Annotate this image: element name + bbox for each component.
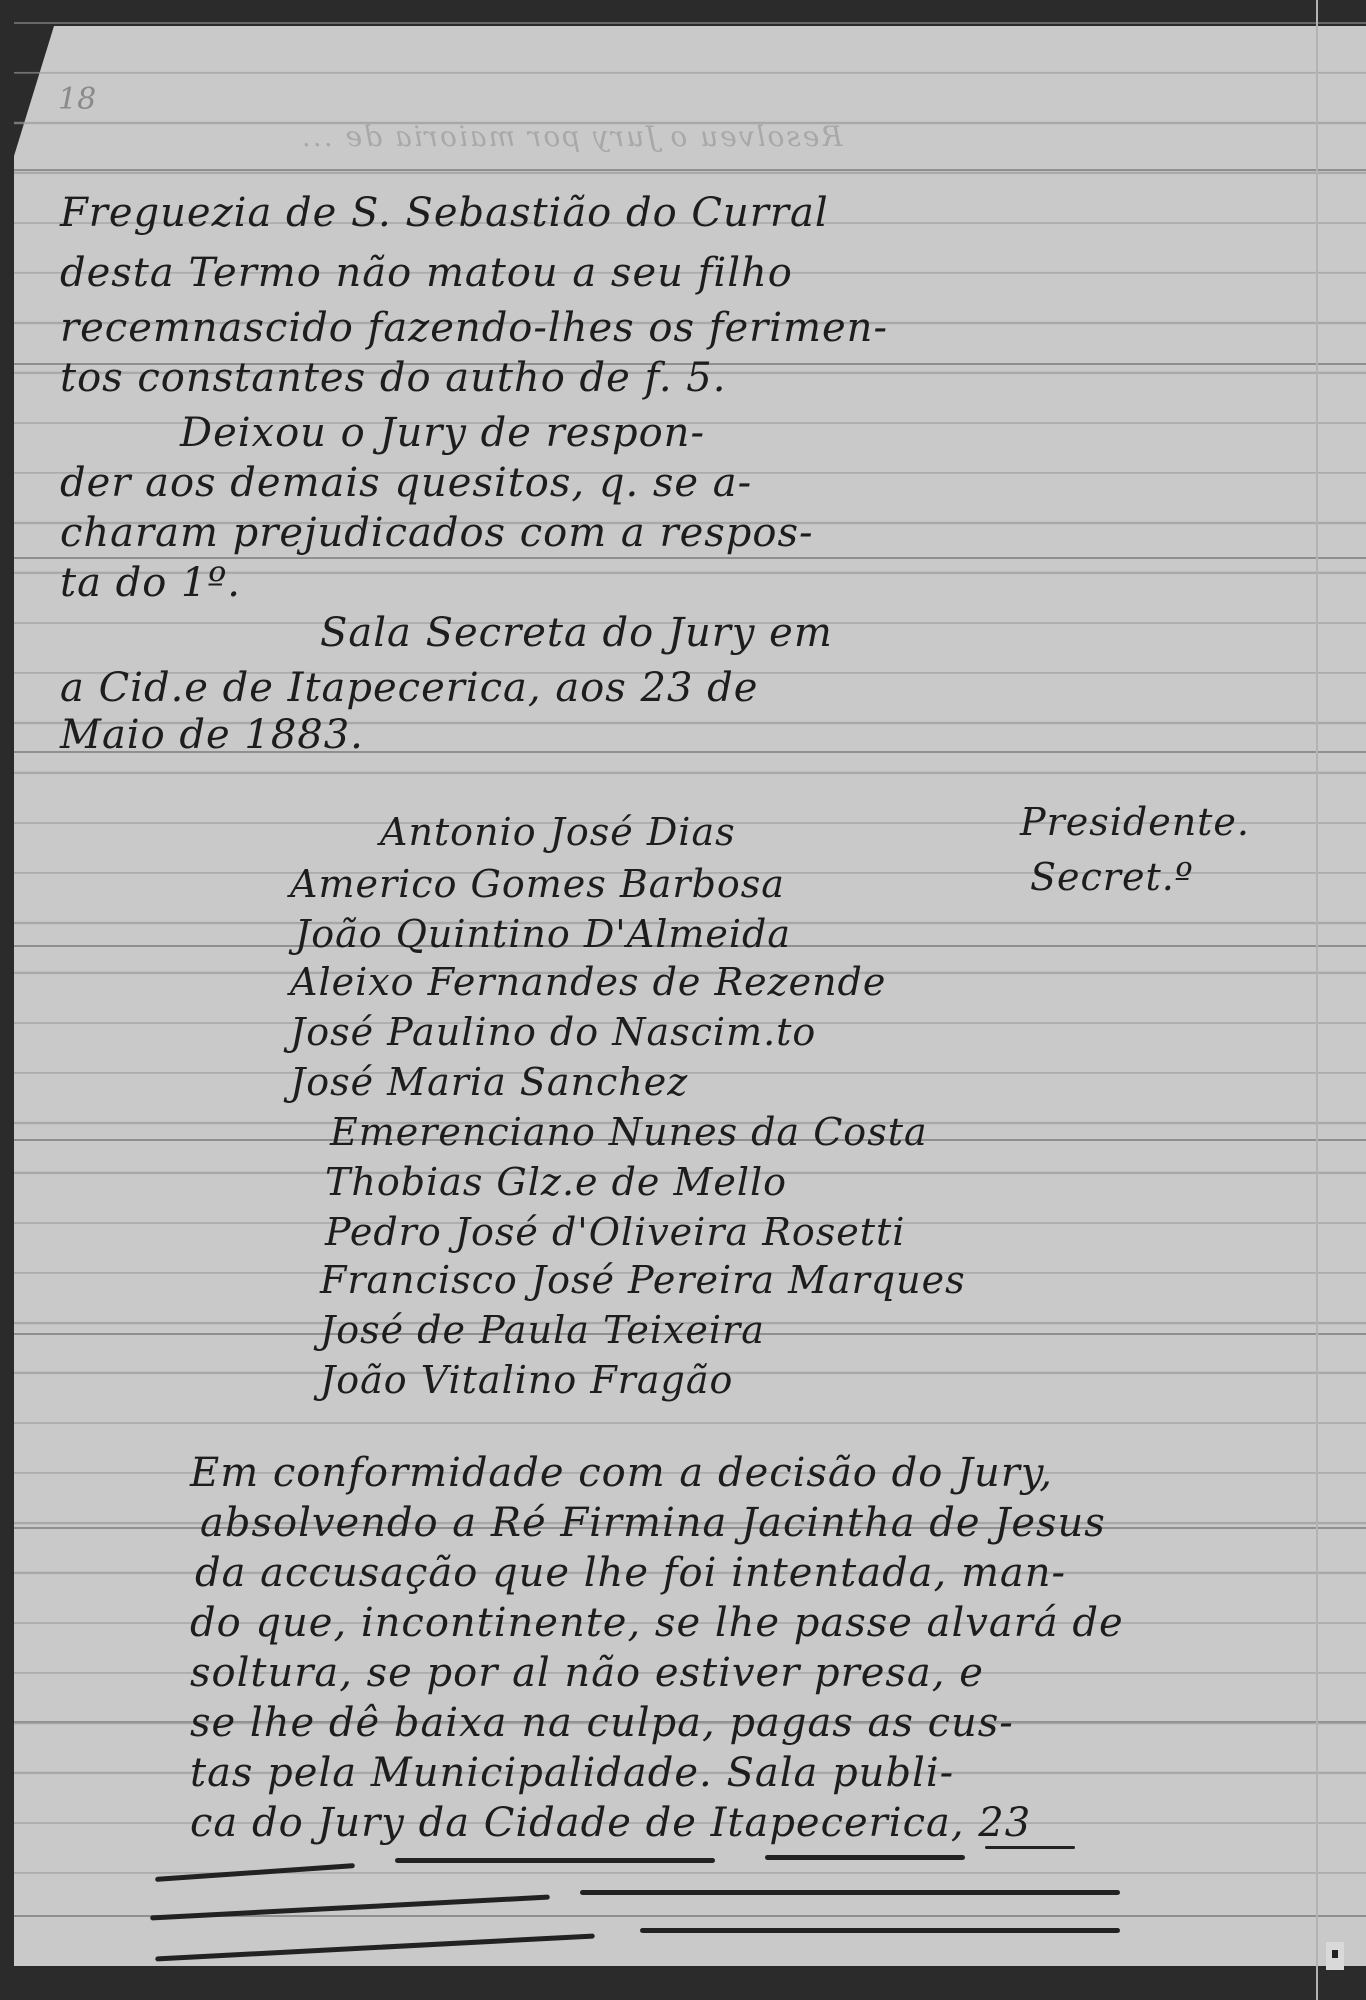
signature-name: João Quintino D'Almeida <box>295 912 791 956</box>
page-edge-line <box>1316 0 1318 2000</box>
body-line: Sala Secreta do Jury em <box>320 610 833 656</box>
scan-marker <box>1326 1942 1344 1970</box>
sentence-line: se lhe dê baixa na culpa, pagas as cus- <box>190 1700 1014 1746</box>
sentence-line: Em conformidade com a decisão do Jury, <box>190 1450 1053 1496</box>
body-line: Maio de 1883. <box>60 712 364 758</box>
signature-name: José Paulino do Nascim.to <box>290 1010 816 1054</box>
flourish-stroke <box>765 1855 965 1860</box>
signature-name: Antonio José Dias <box>380 810 736 854</box>
body-line: Deixou o Jury de respon- <box>180 410 705 456</box>
bleed-through-text: Resolveu o Jury por maioria de ... <box>300 120 842 153</box>
signature-role: Presidente. <box>1020 800 1250 844</box>
signature-name: Thobias Glz.e de Mello <box>325 1160 787 1204</box>
body-line: desta Termo não matou a seu filho <box>60 250 793 296</box>
body-line: der aos demais quesitos, q. se a- <box>60 460 752 506</box>
body-line: Freguezia de S. Sebastião do Curral <box>60 190 829 236</box>
sentence-line: ca do Jury da Cidade de Itapecerica, 23 <box>190 1800 1031 1846</box>
sentence-line: da accusação que lhe foi intentada, man- <box>195 1550 1066 1596</box>
body-line: a Cid.e de Itapecerica, aos 23 de <box>60 665 758 711</box>
signature-name: Americo Gomes Barbosa <box>290 862 785 906</box>
flourish-stroke <box>580 1890 1120 1895</box>
sentence-line: soltura, se por al não estiver presa, e <box>190 1650 984 1696</box>
signature-name: Aleixo Fernandes de Rezende <box>290 960 886 1004</box>
signature-role: Secret.º <box>1030 855 1194 899</box>
body-line: tos constantes do autho de f. 5. <box>60 355 726 401</box>
sentence-line: tas pela Municipalidade. Sala publi- <box>190 1750 954 1796</box>
signature-name: José de Paula Teixeira <box>320 1308 765 1352</box>
flourish-stroke <box>640 1928 1120 1933</box>
folio-number: 18 <box>58 82 96 117</box>
signature-name: José Maria Sanchez <box>290 1060 688 1104</box>
body-line: charam prejudicados com a respos- <box>60 510 814 556</box>
body-line: recemnascido fazendo-lhes os ferimen- <box>60 305 888 351</box>
signature-name: João Vitalino Fragão <box>320 1358 733 1402</box>
sentence-line: absolvendo a Ré Firmina Jacintha de Jesu… <box>200 1500 1106 1546</box>
signature-name: Francisco José Pereira Marques <box>320 1258 966 1302</box>
signature-name: Emerenciano Nunes da Costa <box>330 1110 928 1154</box>
flourish-stroke <box>985 1846 1075 1849</box>
flourish-stroke <box>395 1858 715 1863</box>
sentence-line: do que, incontinente, se lhe passe alvar… <box>190 1600 1124 1646</box>
body-line: ta do 1º. <box>60 560 241 606</box>
signature-name: Pedro José d'Oliveira Rosetti <box>325 1210 905 1254</box>
